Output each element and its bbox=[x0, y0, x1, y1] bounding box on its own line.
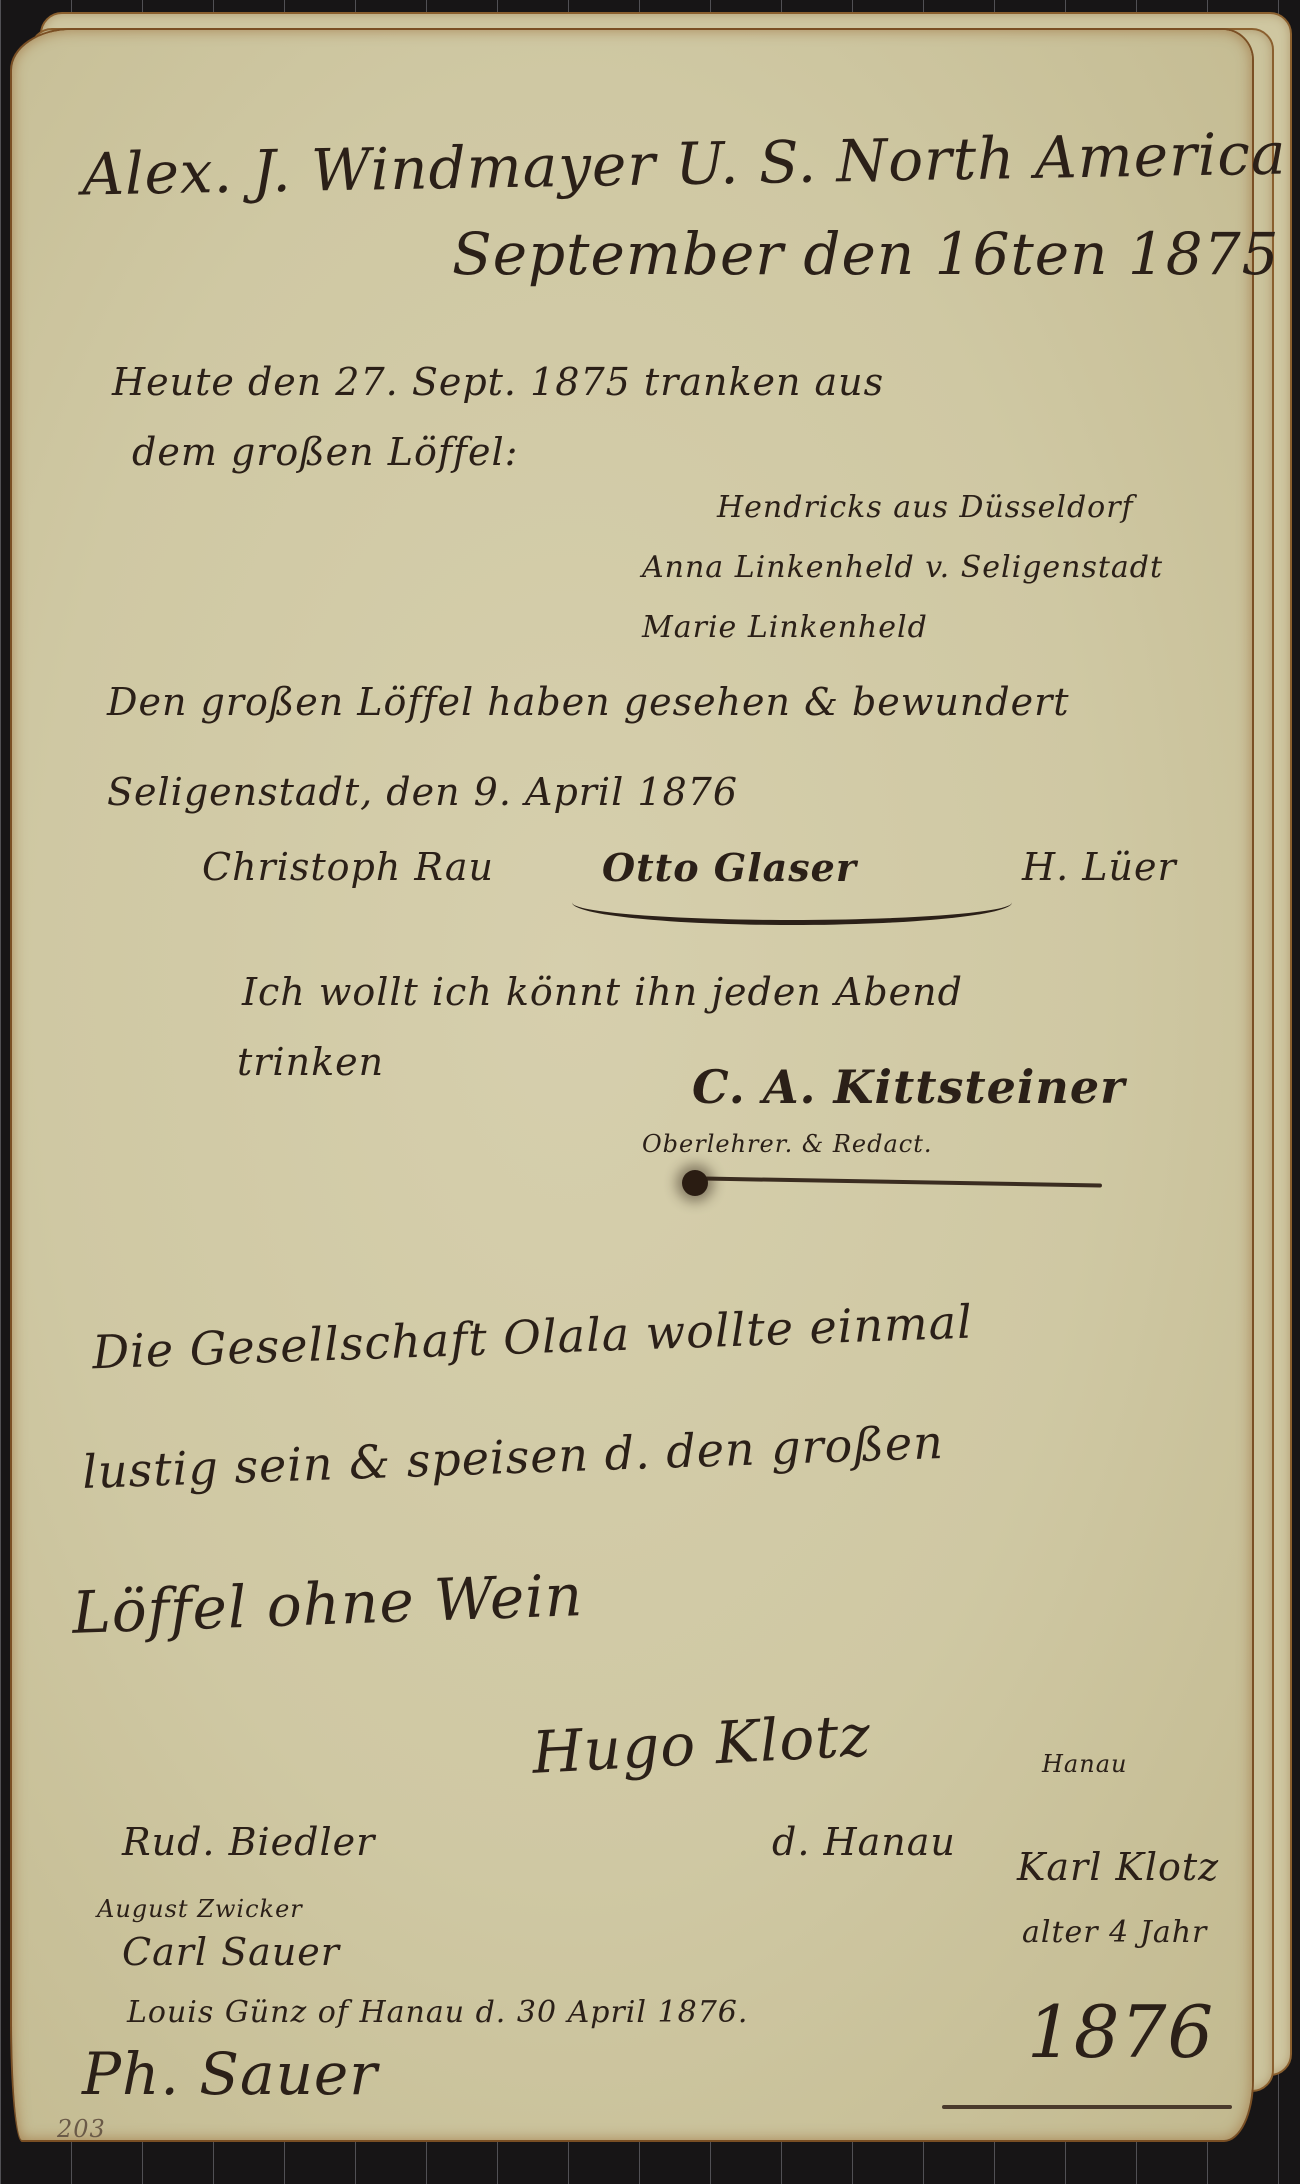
entry-6-signature-1: Rud. Biedler bbox=[122, 1820, 375, 1864]
entry-2-signature-3: Marie Linkenheld bbox=[642, 610, 928, 645]
entry-1-line-2: September den 16ten 1875 bbox=[452, 220, 1280, 288]
signature-flourish bbox=[572, 880, 1012, 925]
ink-blot bbox=[682, 1170, 708, 1196]
entry-4-line-2: trinken bbox=[237, 1040, 384, 1084]
entry-6-signature-2: d. Hanau bbox=[772, 1820, 956, 1864]
manuscript-page: Alex. J. Windmayer U. S. North America S… bbox=[12, 30, 1252, 2140]
entry-6-signature-6: Ph. Sauer bbox=[82, 2040, 378, 2108]
entry-5-line-2: lustig sein & speisen d. den großen bbox=[81, 1415, 944, 1499]
entry-4-signature: C. A. Kittsteiner bbox=[692, 1060, 1125, 1114]
entry-2-line-2: dem großen Löffel: bbox=[132, 430, 518, 474]
entry-2-signature-2: Anna Linkenheld v. Seligenstadt bbox=[642, 550, 1163, 585]
entry-5-place: Hanau bbox=[1042, 1750, 1127, 1778]
entry-3-signature-3: H. Lüer bbox=[1022, 845, 1177, 889]
entry-7-line-2: alter 4 Jahr bbox=[1022, 1915, 1207, 1950]
page-number: 203 bbox=[57, 2115, 106, 2143]
entry-4-line-1: Ich wollt ich könnt ihn jeden Abend bbox=[242, 970, 963, 1014]
entry-5-line-3: Löffel ohne Wein bbox=[71, 1561, 584, 1647]
entry-3-line-2: Seligenstadt, den 9. April 1876 bbox=[107, 770, 738, 814]
entry-4-subline: Oberlehrer. & Redact. bbox=[642, 1130, 932, 1158]
entry-7-line-1: Karl Klotz bbox=[1017, 1845, 1219, 1889]
entry-7-year: 1876 bbox=[1027, 1990, 1214, 2074]
entry-2-line-1: Heute den 27. Sept. 1875 tranken aus bbox=[112, 360, 884, 404]
entry-5-signature: Hugo Klotz bbox=[530, 1701, 872, 1787]
entry-3-signature-1: Christoph Rau bbox=[202, 845, 494, 889]
entry-6-signature-5: Louis Günz of Hanau d. 30 April 1876. bbox=[127, 1995, 748, 2030]
entry-5-line-1: Die Gesellschaft Olala wollte einmal bbox=[91, 1295, 973, 1380]
signature-underline bbox=[702, 1177, 1102, 1188]
bottom-rule bbox=[942, 2105, 1232, 2109]
entry-6-signature-4: Carl Sauer bbox=[122, 1930, 340, 1974]
entry-6-signature-3: August Zwicker bbox=[97, 1895, 303, 1923]
entry-3-line-1: Den großen Löffel haben gesehen & bewund… bbox=[107, 680, 1070, 724]
entry-1-line-1: Alex. J. Windmayer U. S. North America bbox=[81, 119, 1286, 208]
entry-2-signature-1: Hendricks aus Düsseldorf bbox=[717, 490, 1134, 525]
